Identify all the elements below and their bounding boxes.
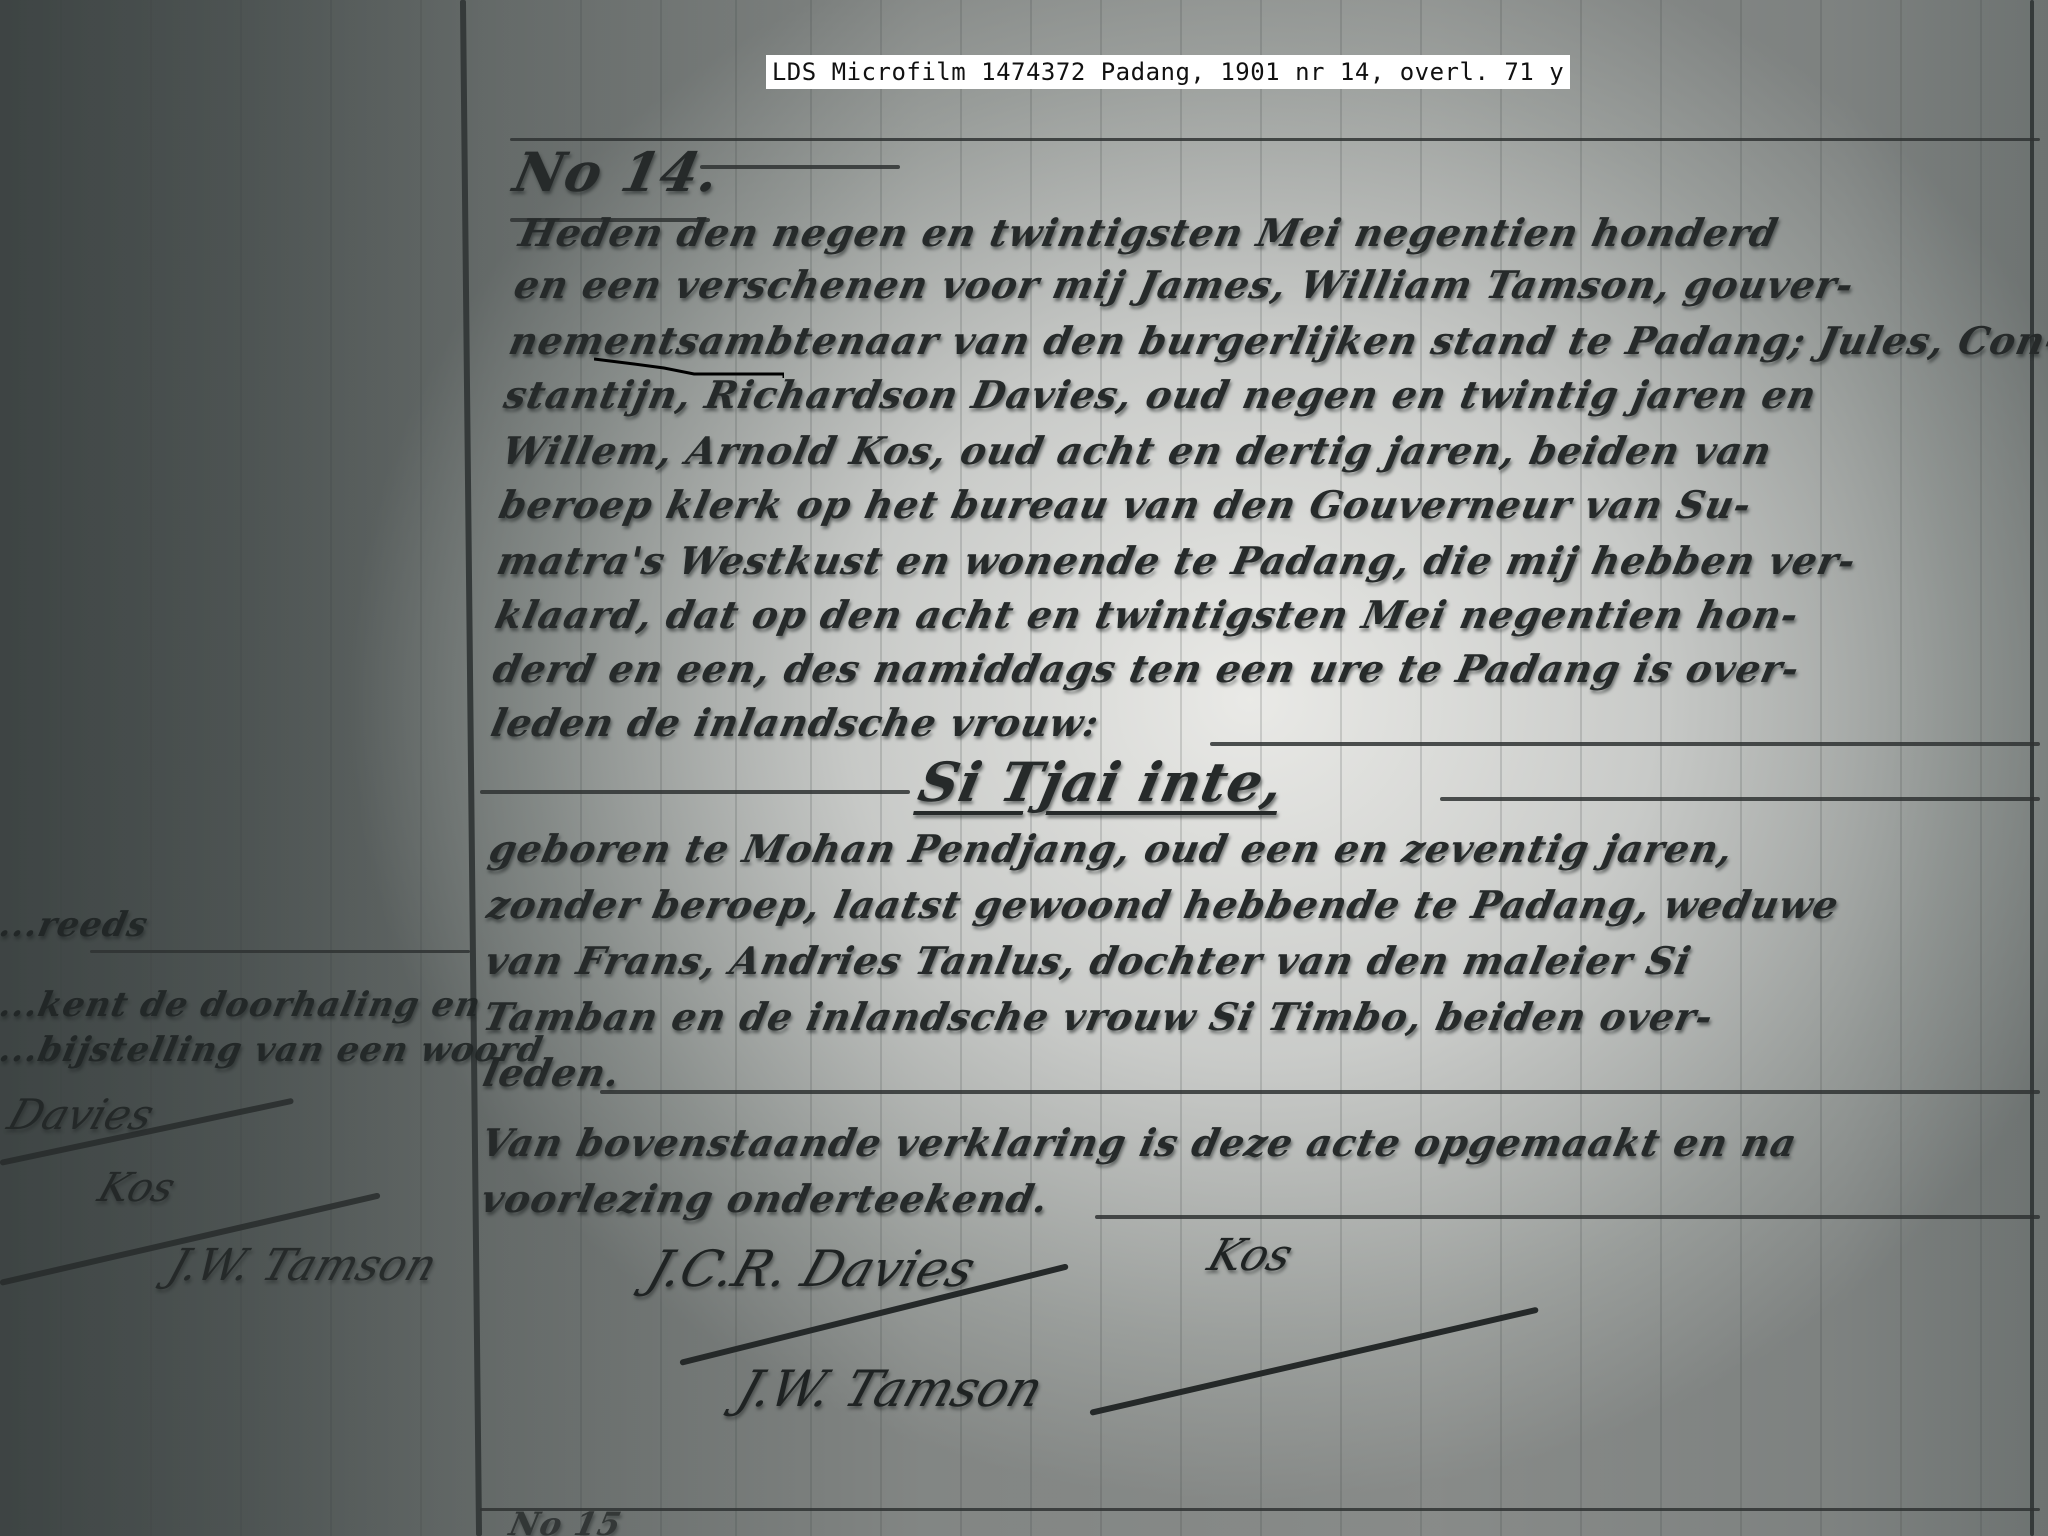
margin-note-line-1: ...reeds bbox=[0, 905, 152, 945]
pen-annotation-mark bbox=[594, 356, 784, 378]
signature-flourish bbox=[1089, 1307, 1539, 1416]
signature-davies: J.C.R. Davies bbox=[641, 1240, 983, 1298]
margin-rule bbox=[90, 950, 470, 953]
record-line-12: zonder beroep, laatst gewoond hebbende t… bbox=[483, 882, 1843, 927]
record-line-1: Heden den negen en twintigsten Mei negen… bbox=[515, 210, 1782, 255]
ruling-line bbox=[60, 0, 62, 1536]
margin-note-line-2: ...kent de doorhaling en bbox=[0, 985, 485, 1025]
bottom-rule bbox=[480, 1508, 2040, 1511]
record-line-8: klaard, dat op den acht en twintigsten M… bbox=[491, 592, 1803, 637]
ruling-line bbox=[150, 0, 152, 1536]
deceased-name: Si Tjai inte, bbox=[913, 750, 1290, 814]
next-record-number: No 15 bbox=[506, 1505, 625, 1536]
name-left-rule bbox=[480, 790, 910, 794]
record-number: No 14. bbox=[508, 140, 726, 204]
line-fill-rule bbox=[600, 1090, 2040, 1094]
number-dash bbox=[700, 165, 900, 169]
record-line-11: geboren te Mohan Pendjang, oud een en ze… bbox=[485, 826, 1738, 871]
line-fill-rule bbox=[1210, 742, 2040, 746]
record-line-7: matra's Westkust en wonende te Padang, d… bbox=[493, 538, 1860, 583]
record-line-2: en een verschenen voor mij James, Willia… bbox=[510, 262, 1858, 307]
record-line-6: beroep klerk op het bureau van den Gouve… bbox=[495, 482, 1756, 527]
caption-label: LDS Microfilm 1474372 Padang, 1901 nr 14… bbox=[766, 55, 1570, 89]
record-line-14: Tamban en de inlandsche vrouw Si Timbo, … bbox=[479, 994, 1718, 1039]
closing-line-1: Van bovenstaande verklaring is deze acte… bbox=[477, 1120, 1801, 1165]
ruling-line bbox=[1820, 0, 1822, 1536]
top-rule bbox=[510, 138, 2040, 141]
closing-line-2: voorlezing onderteekend. bbox=[477, 1176, 1053, 1221]
margin-column-border bbox=[460, 0, 482, 1536]
ruling-line bbox=[420, 0, 422, 1536]
record-line-10: leden de inlandsche vrouw: bbox=[487, 700, 1103, 745]
record-line-4: stantijn, Richardson Davies, oud negen e… bbox=[500, 372, 1821, 417]
line-fill-rule bbox=[1095, 1215, 2040, 1219]
name-right-rule bbox=[1440, 797, 2040, 801]
margin-note-line-3: ...bijstelling van een woord bbox=[0, 1030, 547, 1070]
margin-signature-tamson: J.W. Tamson bbox=[162, 1240, 444, 1291]
record-line-9: derd en een, des namiddags ten een ure t… bbox=[489, 646, 1804, 691]
ruling-line bbox=[240, 0, 242, 1536]
microfilm-scan: LDS Microfilm 1474372 Padang, 1901 nr 14… bbox=[0, 0, 2048, 1536]
signature-kos: Kos bbox=[1202, 1230, 1299, 1281]
ruling-line bbox=[1980, 0, 1982, 1536]
margin-signature-kos: Kos bbox=[93, 1165, 181, 1211]
right-page-border bbox=[2030, 0, 2034, 1536]
ruling-line bbox=[1900, 0, 1902, 1536]
ruling-line bbox=[330, 0, 332, 1536]
record-line-5: Willem, Arnold Kos, oud acht en dertig j… bbox=[498, 428, 1776, 473]
signature-tamson: J.W. Tamson bbox=[731, 1360, 1051, 1418]
record-line-13: van Frans, Andries Tanlus, dochter van d… bbox=[481, 938, 1695, 983]
